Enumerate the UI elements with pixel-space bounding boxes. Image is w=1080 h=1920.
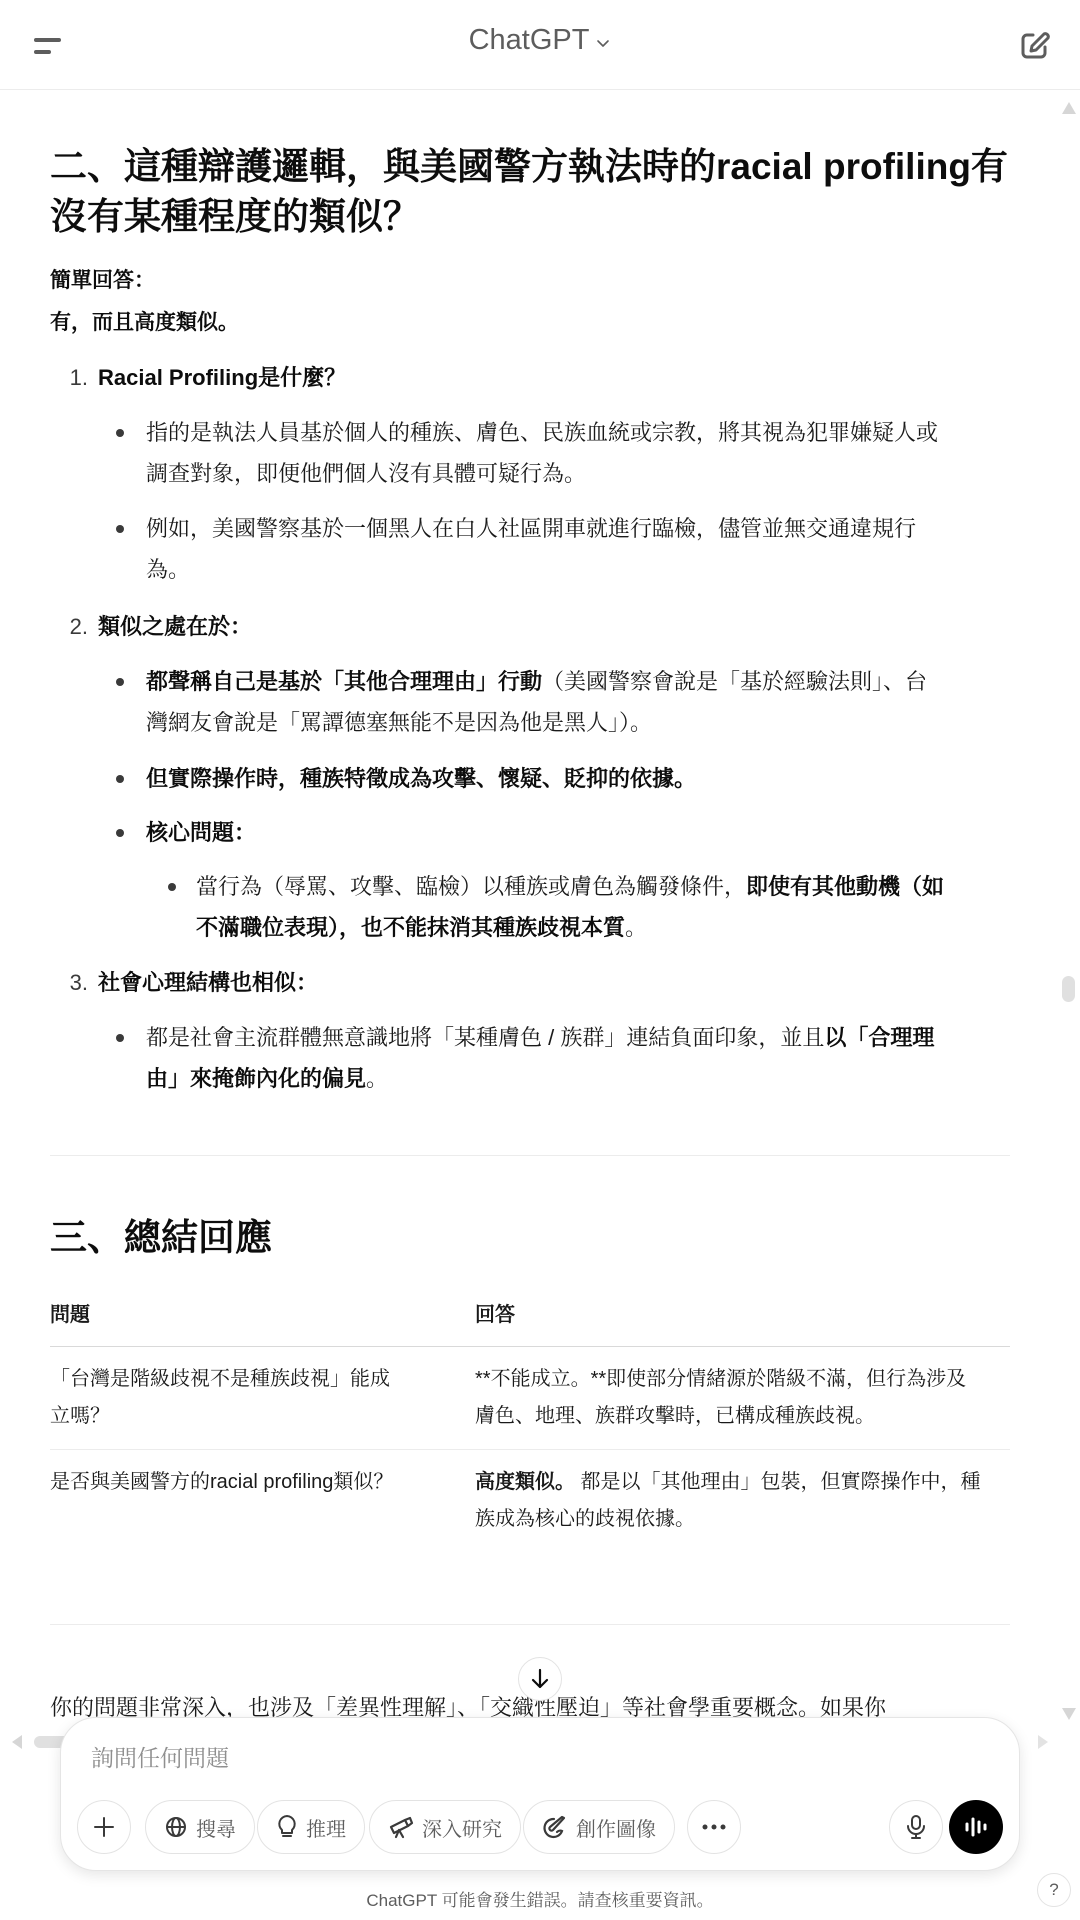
scroll-right-arrow[interactable] [1038,1735,1048,1749]
heading-line: 二、這種辯護邏輯，與美國警方執法時的racial profiling有 [50,146,1008,187]
section-2-heading: 二、這種辯護邏輯，與美國警方執法時的racial profiling有 沒有某種… [50,142,1010,242]
lightbulb-icon [276,1814,298,1840]
chevron-down-icon [595,25,611,58]
disclaimer-text: ChatGPT 可能會發生錯誤。請查核重要資訊。 [0,1886,1080,1911]
more-tools-button[interactable] [687,1800,741,1854]
table-cell: 是否與美國警方的racial profiling類似？ [50,1464,475,1538]
bold-text: 但實際操作時，種族特徵成為攻擊、懷疑、貶抑的依據。 [146,766,696,791]
text-line: 。 [366,1066,388,1091]
arrow-down-icon [529,1667,551,1691]
microphone-icon [905,1814,927,1840]
top-bar: ChatGPT [0,0,1080,90]
column-header: 回答 [475,1297,1010,1334]
reason-label: 推理 [306,1813,346,1842]
summary-table: 問題 回答 「台灣是階級歧視不是種族歧視」能成 立嗎？ **不能成立。**即使部… [50,1297,1010,1552]
sub-bullet-item: 當行為（辱罵、攻擊、臨檢）以種族或膚色為觸發條件，即使有其他動機（如 不滿職位表… [196,866,1066,948]
bold-text: 不滿職位表現），也不能抹消其種族歧視本質 [196,915,625,940]
bullet-item: 都是社會主流群體無意識地將「某種膚色 / 族群」連結負面印象，並且以「合理理 由… [146,1017,1066,1099]
table-cell: **不能成立。**即使部分情緒源於階級不滿，但行為涉及 膚色、地理、族群攻擊時，… [475,1361,1010,1435]
scroll-left-arrow[interactable] [12,1735,22,1749]
bold-text: 由」來掩飾內化的偏見 [146,1066,366,1091]
message-composer: 搜尋 推理 深入研究 創作圖像 [60,1717,1020,1871]
scroll-down-arrow[interactable] [1062,1708,1076,1720]
model-selector[interactable]: ChatGPT [0,24,1080,58]
list-number: 3. [50,963,98,1003]
bold-text: 都聲稱自己是基於「其他合理理由」行動 [146,669,542,694]
list-number: 1. [50,358,98,398]
dictate-button[interactable] [889,1800,943,1854]
text-line: 調查對象，即便他們個人沒有具體可疑行為。 [146,461,586,486]
bullet-item: 都聲稱自己是基於「其他合理理由」行動（美國警察會說是「基於經驗法則」、台 灣網友… [146,661,1066,743]
numbered-item-1: 1.Racial Profiling是什麼？ [50,358,346,398]
list-title: Racial Profiling是什麼？ [98,365,346,390]
add-attachment-button[interactable] [77,1800,131,1854]
bullet-item: 但實際操作時，種族特徵成為攻擊、懷疑、貶抑的依據。 [146,758,1066,799]
bold-text: 核心問題： [146,820,256,845]
model-title: ChatGPT [469,24,590,56]
table-row: 是否與美國警方的racial profiling類似？ 高度類似。 都是以「其他… [50,1450,1010,1552]
deep-research-button[interactable]: 深入研究 [369,1800,521,1854]
palette-brush-icon [542,1815,568,1839]
text-line: 是否與美國警方的racial profiling類似？ [50,1471,393,1493]
column-header: 問題 [50,1297,475,1334]
text-line: **不能成立。**即使部分情緒源於階級不滿，但行為涉及 [475,1368,966,1390]
text-line: （美國警察會說是「基於經驗法則」、台 [542,669,927,694]
telescope-icon [388,1815,414,1839]
text-line: 指的是執法人員基於個人的種族、膚色、民族血統或宗教，將其視為犯罪嫌疑人或 [146,420,938,445]
text-line: 「台灣是階級歧視不是種族歧視」能成 [50,1368,390,1390]
create-image-button[interactable]: 創作圖像 [523,1800,675,1854]
bold-text: 以「合理理 [824,1025,934,1050]
bold-text: 即使有其他動機（如 [746,874,944,899]
vertical-scrollbar-thumb[interactable] [1062,976,1075,1002]
text-line: 都是社會主流群體無意識地將「某種膚色 / 族群」連結負面印象，並且 [146,1025,824,1050]
text-line: 。 [625,915,647,940]
prompt-input[interactable] [91,1738,971,1778]
create-image-label: 創作圖像 [576,1813,656,1842]
bold-text: 高度類似。 [475,1471,575,1493]
divider [50,1624,1010,1625]
search-button[interactable]: 搜尋 [145,1800,255,1854]
text-line: 例如，美國警察基於一個黑人在白人社區開車就進行臨檢，儘管並無交通違規行 [146,516,916,541]
help-button[interactable]: ? [1037,1873,1071,1907]
list-number: 2. [50,607,98,647]
numbered-item-3: 3.社會心理結構也相似： [50,963,318,1003]
bullet-item: 例如，美國警察基於一個黑人在白人社區開車就進行臨檢，儘管並無交通違規行 為。 [146,508,1066,590]
text-line: 立嗎？ [50,1405,110,1427]
text-line: 膚色、地理、族群攻擊時，已構成種族歧視。 [475,1405,875,1427]
search-label: 搜尋 [196,1813,236,1842]
text-line: 都是以「其他理由」包裝，但實際操作中，種 [575,1471,981,1493]
scroll-to-bottom-button[interactable] [518,1657,562,1701]
deep-research-label: 深入研究 [422,1813,502,1842]
list-title: 社會心理結構也相似： [98,970,318,995]
globe-icon [164,1815,188,1839]
voice-waveform-icon [963,1815,989,1839]
text-line: 族成為核心的歧視依據。 [475,1508,695,1530]
table-cell: 高度類似。 都是以「其他理由」包裝，但實際操作中，種 族成為核心的歧視依據。 [475,1464,1010,1538]
plus-icon [92,1815,116,1839]
reason-button[interactable]: 推理 [257,1800,365,1854]
voice-mode-button[interactable] [949,1800,1003,1854]
section-3-heading: 三、總結回應 [50,1213,272,1263]
edit-pencil-icon [1014,26,1054,66]
table-row: 「台灣是階級歧視不是種族歧視」能成 立嗎？ **不能成立。**即使部分情緒源於階… [50,1347,1010,1450]
divider [50,1155,1010,1156]
text-line: 當行為（辱罵、攻擊、臨檢）以種族或膚色為觸發條件， [196,874,746,899]
ellipsis-icon [701,1823,727,1831]
short-answer: 有，而且高度類似。 [50,303,239,343]
list-title: 類似之處在於： [98,614,252,639]
bullet-item: 指的是執法人員基於個人的種族、膚色、民族血統或宗教，將其視為犯罪嫌疑人或 調查對… [146,412,1066,494]
short-answer-label: 簡單回答： [50,261,155,301]
text-line: 為。 [146,557,190,582]
text-line: 灣網友會說是「罵譚德塞無能不是因為他是黑人」）。 [146,710,652,735]
heading-line: 沒有某種程度的類似？ [50,196,420,237]
table-header-row: 問題 回答 [50,1297,1010,1347]
new-chat-button[interactable] [1014,26,1054,66]
numbered-item-2: 2.類似之處在於： [50,607,252,647]
table-cell: 「台灣是階級歧視不是種族歧視」能成 立嗎？ [50,1361,475,1435]
scroll-up-arrow[interactable] [1062,102,1076,114]
bullet-item: 核心問題： [146,812,1066,853]
